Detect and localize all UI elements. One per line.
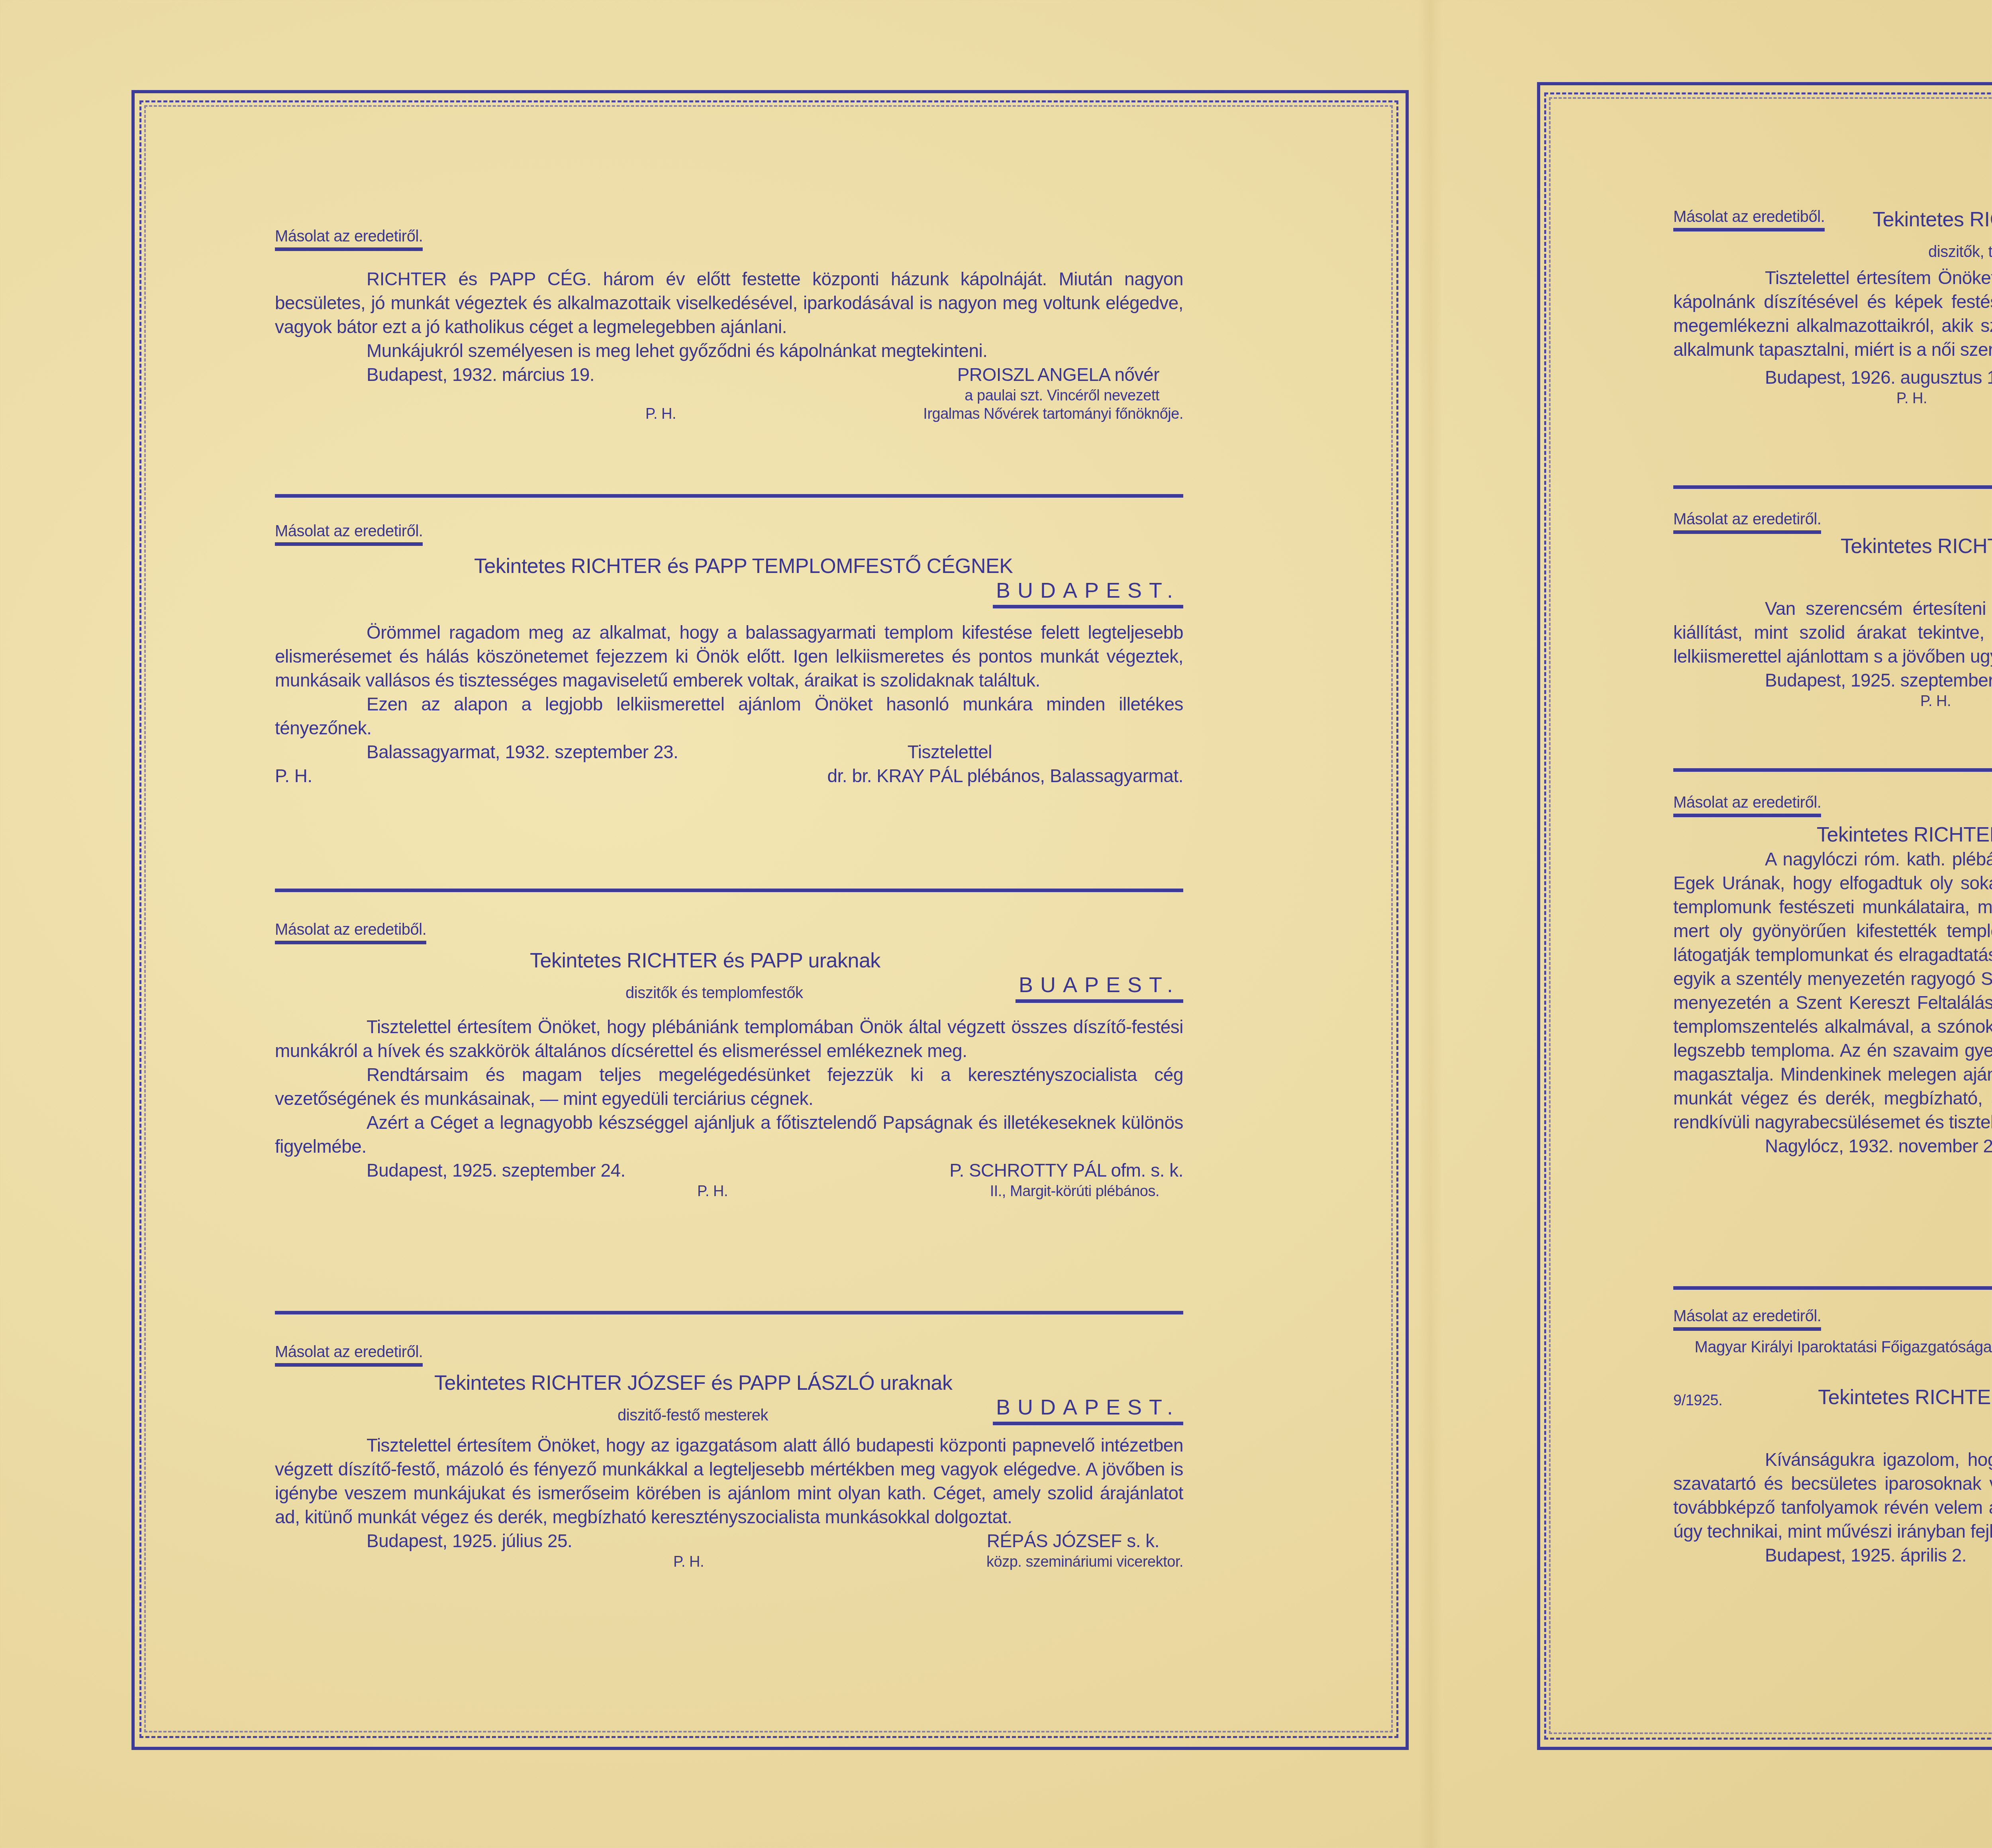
letter-body: Tisztelettel értesítem Önöket, hogy az i… — [275, 1433, 1183, 1529]
addressee: Tekintetes RICHTER JÓZSEF és PAPP LÁSZLÓ… — [1673, 534, 1992, 559]
letter-proiszl: Másolat az eredetiről. RICHTER és PAPP C… — [275, 223, 1183, 423]
signer: RÉPÁS JÓZSEF s. k. — [987, 1529, 1183, 1553]
signer: P. SCHROTTY PÁL ofm. s. k. — [949, 1158, 1183, 1182]
addressee: Tekintetes RICHTER és PAPP festőművész u… — [1673, 822, 1992, 847]
signer-title: II., Margit-körúti plébános. — [990, 1182, 1183, 1201]
seal-mark: P. H. — [275, 1182, 728, 1201]
copy-label: Másolat az eredetiről. — [1673, 793, 1821, 817]
section-divider — [275, 889, 1183, 892]
letter-gaul: Másolat az eredetiről. Magyar Királyi Ip… — [1673, 1303, 1992, 1567]
place-date: Budapest, 1925. április 2. — [1673, 1543, 1967, 1567]
place-date: Budapest, 1925. július 25. — [275, 1529, 572, 1553]
city-heading: BUAPEST. — [1016, 973, 1183, 1003]
letter-body: Tisztelettel értesítem Önöket, hogy pléb… — [275, 1015, 1183, 1063]
addressee-subtitle: diszitő-festő mesterek — [275, 1405, 768, 1425]
city-heading: BUDAPEST. — [993, 579, 1183, 608]
letter-body: Munkájukról személyesen is meg lehet győ… — [275, 339, 1183, 363]
addressee: Tekintetes RICHTER és PAPP TEMPLOMFESTŐ … — [275, 554, 1183, 579]
seal-mark: P. H. — [1673, 692, 1951, 710]
copy-label: Másolat az eredetiből. — [1673, 207, 1825, 231]
signer-title: Irgalmas Nővérek tartományi főnöknője. — [923, 405, 1183, 423]
letter-schrotty: Másolat az eredetiből. Tekintetes RICHTE… — [275, 916, 1183, 1201]
city-heading: BUDAPEST. — [993, 1395, 1183, 1425]
section-divider — [275, 1311, 1183, 1314]
seal-mark: P. H. — [1673, 389, 1927, 408]
letter-body: Van szerencsém értesíteni Önöket, hogy r… — [1673, 596, 1992, 668]
letter-weber: Másolat az eredetiről. A nagylóczi plébá… — [1673, 793, 1992, 1158]
addressee: Tekintetes RICHTER és PAPP uraknak — [1825, 207, 1992, 232]
addressee: Tekintetes RICHTER JÓZSEF és PAPP LÁSZLÓ… — [275, 1371, 1183, 1395]
copy-label: Másolat az eredetiről. — [275, 522, 423, 546]
letter-kray: Másolat az eredetiről. Tekintetes RICHTE… — [275, 518, 1183, 788]
copy-label: Másolat az eredetiről. — [275, 1342, 423, 1367]
addressee-subtitle: diszitők, templomfestők, mázoló és fénye… — [1673, 242, 1992, 262]
section-divider — [275, 494, 1183, 498]
letter-dobrowsky: Másolat az eredetiből. Tekintetes RICHTE… — [1673, 207, 1992, 408]
addressee: Tekintetes RICHTER és PAPP uraknak — [275, 948, 1183, 973]
closing: Tisztelettel — [908, 740, 1183, 764]
letter-body: Örömmel ragadom meg az alkalmat, hogy a … — [275, 620, 1183, 692]
letter-body: Ezen az alapon a legjobb lelkiismerettel… — [275, 692, 1183, 740]
signer: dr. br. KRAY PÁL plébános, Balassagyarma… — [827, 764, 1183, 788]
letter-body: RICHTER és PAPP CÉG. három év előtt fest… — [275, 267, 1183, 339]
place-date: Nagylócz, 1932. november 22. — [1673, 1134, 1992, 1158]
reference-number: 9/1925. — [1673, 1391, 1722, 1410]
signer-title: a paulai szt. Vincéről nevezett — [275, 386, 1183, 405]
place-date: Budapest, 1932. március 19. — [275, 363, 594, 386]
copy-label: Másolat az eredetiből. — [275, 920, 426, 944]
addressee-subtitle: diszitők és templomfestők — [275, 983, 803, 1003]
letter-rischl: Másolat az eredetiről. Tekintetes RICHTE… — [1673, 506, 1992, 710]
copy-label: Másolat az eredetiről. — [1673, 510, 1821, 534]
seal-mark: P. H. — [275, 1553, 704, 1571]
letter-body: Kívánságukra igazolom, hogy mindkét cégt… — [1673, 1448, 1992, 1543]
seal-mark: P. H. — [275, 405, 676, 423]
signer-title: közp. szemináriumi vicerektor. — [986, 1553, 1183, 1571]
letter-body: Rendtársaim és magam teljes megelégedésü… — [275, 1063, 1183, 1110]
copy-label: Másolat az eredetiről. — [275, 227, 423, 251]
letter-repas: Másolat az eredetiről. Tekintetes RICHTE… — [275, 1339, 1183, 1571]
letter-body: Tisztelettel értesítem Önöket, hogy rend… — [1673, 266, 1992, 361]
page-fold — [1418, 0, 1442, 1848]
place-date: Balassagyarmat, 1932. szeptember 23. — [275, 740, 678, 764]
place-date: Budapest, 1925. szeptember 23. — [1673, 668, 1992, 692]
section-divider — [1673, 485, 1992, 489]
place-date: Budapest, 1925. szeptember 24. — [275, 1158, 625, 1182]
seal-mark: P. H. — [275, 764, 312, 788]
addressee: Tekintetes RICHTER JÓZSEF és PAPP LÁSZLÓ… — [1722, 1385, 1992, 1410]
letter-body: A nagylóczi róm. kath. plébániatemplom b… — [1673, 847, 1992, 1134]
place-date: Budapest, 1926. augusztus 17. — [1673, 365, 1992, 389]
signer: PROISZL ANGELA nővér — [957, 363, 1183, 386]
issuer-heading: Magyar Királyi Iparoktatási Főigazgatósá… — [1673, 1337, 1992, 1377]
section-divider — [1673, 1286, 1992, 1290]
copy-label: Másolat az eredetiről. — [1673, 1307, 1821, 1331]
letter-body: Azért a Céget a legnagyobb készséggel aj… — [275, 1110, 1183, 1158]
section-divider — [1673, 768, 1992, 772]
